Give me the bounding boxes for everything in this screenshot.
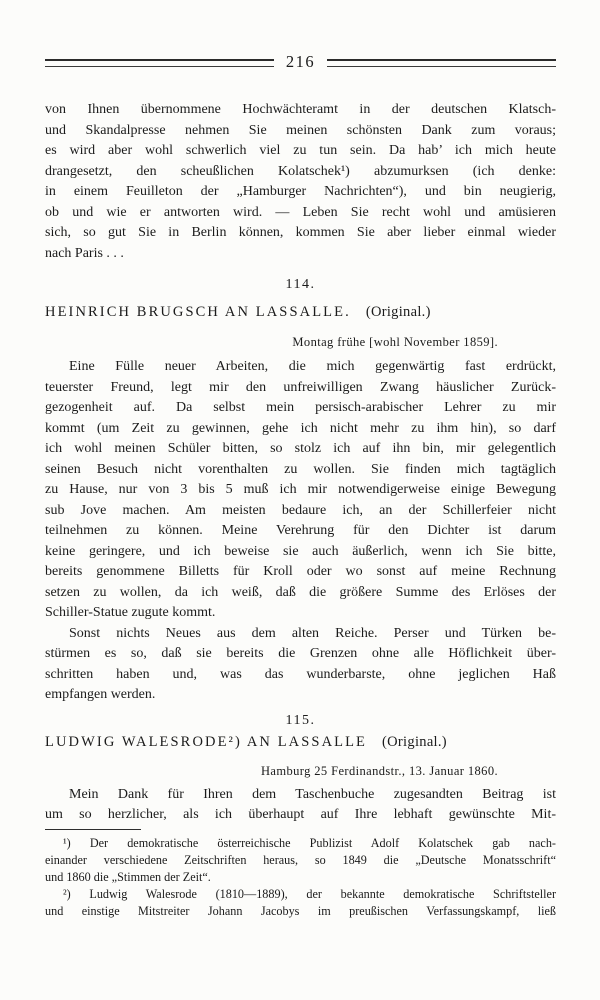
text-line: Eine Fülle neuer Arbeiten, die mich gege… [45, 357, 556, 378]
letter-paragraph: Mein Dank für Ihren dem Taschenbuche zug… [45, 785, 556, 826]
letter-heading: HEINRICH BRUGSCH AN LASSALLE.(Original.) [45, 302, 556, 321]
text-line: teuerster Freund, legt mir den unfreiwil… [45, 378, 556, 399]
footnote-2: ²) Ludwig Walesrode (1810—1889), der bek… [45, 886, 556, 920]
text-line: und einstige Mitstreiter Johann Jacobys … [45, 903, 556, 920]
text-line: seinen Besuch nicht vorenthalten zu woll… [45, 460, 556, 481]
text-line: drangesetzt, den scheußlichen Kolatschek… [45, 162, 556, 183]
recipient-name: HEINRICH BRUGSCH AN LASSALLE. [45, 304, 351, 320]
recipient-name: LUDWIG WALESRODE²) AN LASSALLE [45, 734, 367, 750]
text-line: bereits genommene Billetts für Kroll ode… [45, 562, 556, 583]
book-page: 216 von Ihnen übernommene Hochwächteramt… [0, 0, 600, 1000]
original-label: (Original.) [382, 734, 447, 750]
letter-number: 115. [45, 711, 556, 729]
text-line: Mein Dank für Ihren dem Taschenbuche zug… [45, 785, 556, 806]
letter-paragraph: Sonst nichts Neues aus dem alten Reiche.… [45, 624, 556, 706]
text-line: gezogenheit auf. Da selbst mein persisch… [45, 398, 556, 419]
letter-115: 115. LUDWIG WALESRODE²) AN LASSALLE(Orig… [45, 711, 556, 826]
text-line: es wird aber wohl schwerlich viel zu tun… [45, 141, 556, 162]
text-line: ich wohl meinen Schüler bitten, so stolz… [45, 439, 556, 460]
dateline: Hamburg 25 Ferdinandstr., 13. Januar 186… [45, 761, 556, 777]
text-line: kommt (um Zeit zu gewinnen, gehe ich nic… [45, 419, 556, 440]
letter-heading: LUDWIG WALESRODE²) AN LASSALLE(Original.… [45, 732, 556, 751]
footnote-1: ¹) Der demokratische österreichische Pub… [45, 835, 556, 886]
footnote-separator [45, 829, 141, 830]
text-line: ob und wie er antworten wird. — Leben Si… [45, 203, 556, 224]
letter-paragraph: Eine Fülle neuer Arbeiten, die mich gege… [45, 357, 556, 624]
running-head: 216 [45, 52, 556, 74]
intro-paragraph: von Ihnen übernommene Hochwächteramt in … [45, 100, 556, 264]
header-rule-right [327, 59, 556, 67]
text-line: zu Hause, nur von 3 bis 5 muß ich mir no… [45, 480, 556, 501]
letter-number: 114. [45, 275, 556, 293]
text-line: keine geringere, und ich beweise sie auc… [45, 542, 556, 563]
text-line: nach Paris . . . [45, 244, 556, 265]
text-line: Schiller-Statue zugute kommt. [45, 603, 556, 624]
text-line: von Ihnen übernommene Hochwächteramt in … [45, 100, 556, 121]
text-line: Sonst nichts Neues aus dem alten Reiche.… [45, 624, 556, 645]
text-line: empfangen werden. [45, 685, 556, 706]
text-line: einander verschiedene Zeitschriften hera… [45, 852, 556, 869]
page-number: 216 [286, 52, 315, 72]
original-label: (Original.) [366, 304, 431, 320]
text-line: um so herzlicher, als ich überhaupt auf … [45, 805, 556, 826]
footnotes: ¹) Der demokratische österreichische Pub… [45, 835, 556, 920]
text-line: sub Jove machen. Am meisten bedaure ich,… [45, 501, 556, 522]
text-line: und 1860 die „Stimmen der Zeit“. [45, 869, 556, 886]
text-line: ¹) Der demokratische österreichische Pub… [45, 835, 556, 852]
header-rule-left [45, 59, 274, 67]
text-line: schritten haben und, was das wunderbarst… [45, 665, 556, 686]
dateline: Montag frühe [wohl November 1859]. [45, 332, 556, 348]
text-line: setzen zu wollen, da ich weiß, daß die g… [45, 583, 556, 604]
text-line: in einem Feuilleton der „Hamburger Nachr… [45, 182, 556, 203]
letter-114: 114. HEINRICH BRUGSCH AN LASSALLE.(Origi… [45, 275, 556, 706]
text-line: und Skandalpresse nehmen Sie meinen schö… [45, 121, 556, 142]
text-line: stürmen es so, daß sie bereits die Grenz… [45, 644, 556, 665]
text-line: teilnehmen zu können. Meine Verehrung fü… [45, 521, 556, 542]
text-line: sich, so gut Sie in Berlin können, komme… [45, 223, 556, 244]
text-line: ²) Ludwig Walesrode (1810—1889), der bek… [45, 886, 556, 903]
